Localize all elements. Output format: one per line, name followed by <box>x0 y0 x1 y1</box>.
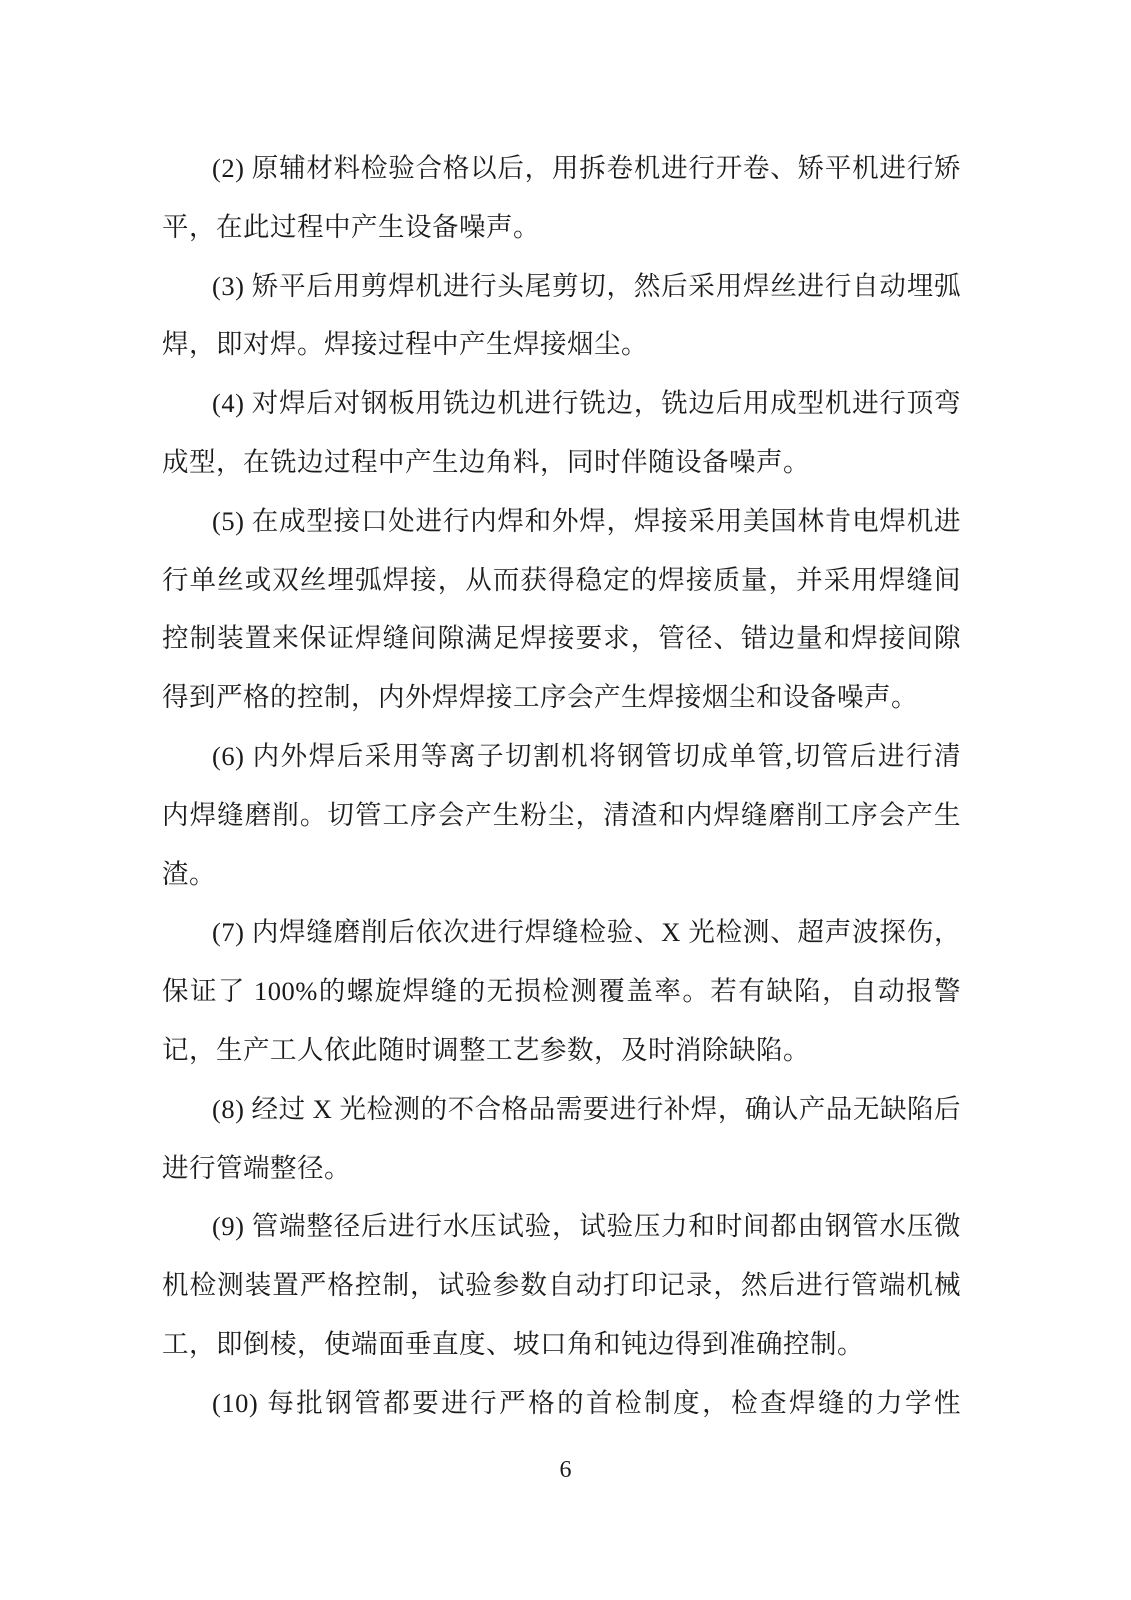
text-line: 工，即倒棱，使端面垂直度、坡口角和钝边得到准确控制。 <box>162 1315 961 1374</box>
text-line: 平，在此过程中产生设备噪声。 <box>162 198 961 257</box>
text-line: (7) 内焊缝磨削后依次进行焊缝检验、X 光检测、超声波探伤， <box>162 903 961 962</box>
paragraph: (5) 在成型接口处进行内焊和外焊，焊接采用美国林肯电焊机进行单丝或双丝埋弧焊接… <box>162 492 961 727</box>
text-line: 得到严格的控制，内外焊焊接工序会产生焊接烟尘和设备噪声。 <box>162 668 961 727</box>
text-line: (2) 原辅材料检验合格以后，用拆卷机进行开卷、矫平机进行矫 <box>162 139 961 198</box>
text-line: 保证了 100%的螺旋焊缝的无损检测覆盖率。若有缺陷，自动报警并标 <box>162 962 961 1021</box>
text-line: (6) 内外焊后采用等离子切割机将钢管切成单管,切管后进行清渣、 <box>162 727 961 786</box>
page-number: 6 <box>0 1455 1131 1485</box>
text-line: (10) 每批钢管都要进行严格的首检制度，检查焊缝的力学性能、 <box>162 1374 961 1433</box>
text-line: 记，生产工人依此随时调整工艺参数，及时消除缺陷。 <box>162 1021 961 1080</box>
text-line: 机检测装置严格控制，试验参数自动打印记录，然后进行管端机械加 <box>162 1256 961 1315</box>
paragraph: (3) 矫平后用剪焊机进行头尾剪切，然后采用焊丝进行自动埋弧焊，即对焊。焊接过程… <box>162 257 961 375</box>
text-line: (9) 管端整径后进行水压试验，试验压力和时间都由钢管水压微 <box>162 1197 961 1256</box>
text-line: 行单丝或双丝埋弧焊接，从而获得稳定的焊接质量，并采用焊缝间隙 <box>162 551 961 610</box>
body-text: (2) 原辅材料检验合格以后，用拆卷机进行开卷、矫平机进行矫平，在此过程中产生设… <box>162 139 961 1433</box>
text-line: (5) 在成型接口处进行内焊和外焊，焊接采用美国林肯电焊机进 <box>162 492 961 551</box>
document-page: (2) 原辅材料检验合格以后，用拆卷机进行开卷、矫平机进行矫平，在此过程中产生设… <box>0 0 1131 1600</box>
text-line: 成型，在铣边过程中产生边角料，同时伴随设备噪声。 <box>162 433 961 492</box>
text-line: (4) 对焊后对钢板用铣边机进行铣边，铣边后用成型机进行顶弯 <box>162 374 961 433</box>
text-line: 内焊缝磨削。切管工序会产生粉尘，清渣和内焊缝磨削工序会产生焊 <box>162 786 961 845</box>
text-line: (8) 经过 X 光检测的不合格品需要进行补焊，确认产品无缺陷后 <box>162 1080 961 1139</box>
paragraph: (2) 原辅材料检验合格以后，用拆卷机进行开卷、矫平机进行矫平，在此过程中产生设… <box>162 139 961 257</box>
text-line: 控制装置来保证焊缝间隙满足焊接要求，管径、错边量和焊接间隙都 <box>162 609 961 668</box>
paragraph: (6) 内外焊后采用等离子切割机将钢管切成单管,切管后进行清渣、内焊缝磨削。切管… <box>162 727 961 903</box>
paragraph: (8) 经过 X 光检测的不合格品需要进行补焊，确认产品无缺陷后进行管端整径。 <box>162 1080 961 1198</box>
paragraph: (4) 对焊后对钢板用铣边机进行铣边，铣边后用成型机进行顶弯成型，在铣边过程中产… <box>162 374 961 492</box>
paragraph: (10) 每批钢管都要进行严格的首检制度，检查焊缝的力学性能、 <box>162 1374 961 1433</box>
paragraph: (9) 管端整径后进行水压试验，试验压力和时间都由钢管水压微机检测装置严格控制，… <box>162 1197 961 1373</box>
paragraph: (7) 内焊缝磨削后依次进行焊缝检验、X 光检测、超声波探伤，保证了 100%的… <box>162 903 961 1079</box>
text-line: 渣。 <box>162 845 961 904</box>
text-line: 焊，即对焊。焊接过程中产生焊接烟尘。 <box>162 315 961 374</box>
text-line: (3) 矫平后用剪焊机进行头尾剪切，然后采用焊丝进行自动埋弧 <box>162 257 961 316</box>
text-line: 进行管端整径。 <box>162 1139 961 1198</box>
